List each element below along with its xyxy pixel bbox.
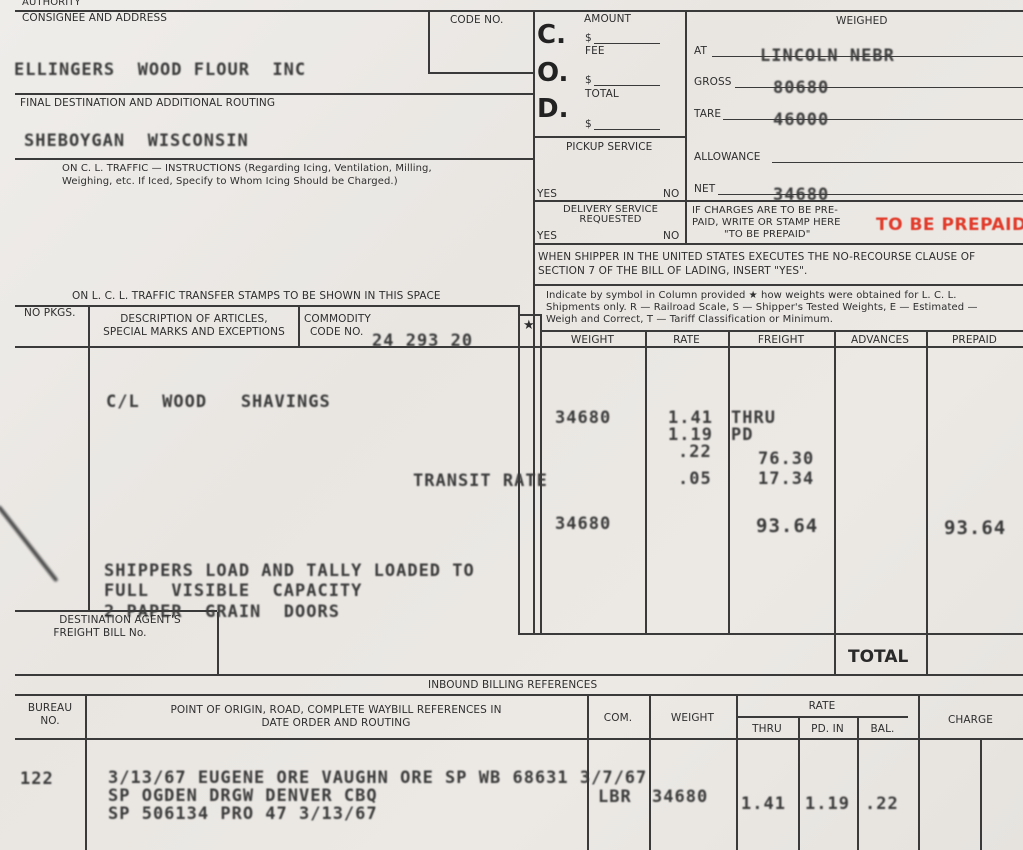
bureau-value: 122 xyxy=(20,770,54,789)
com-header: COM. xyxy=(587,712,649,724)
divider xyxy=(15,694,1023,696)
gross-value: 80680 xyxy=(773,79,829,98)
divider xyxy=(15,305,518,307)
cl-instructions-line2: Weighing, etc. If Iced, Specify to Whom … xyxy=(62,176,398,188)
prepaid-instruction-2: PAID, WRITE OR STAMP HERE xyxy=(692,217,841,229)
rate-balance-value: .22 xyxy=(678,443,712,462)
allowance-label: ALLOWANCE xyxy=(694,151,760,163)
divider xyxy=(857,716,859,850)
rate-header: RATE xyxy=(645,334,728,346)
note-line-1: SHIPPERS LOAD AND TALLY LOADED TO xyxy=(104,562,475,581)
commodity-header-2: CODE NO. xyxy=(310,326,364,338)
consignee-value: ELLINGERS WOOD FLOUR INC xyxy=(14,61,306,80)
origin-line-3: SP 506134 PRO 47 3/13/67 xyxy=(108,805,378,824)
cl-instructions-line1: ON C. L. TRAFFIC — INSTRUCTIONS (Regardi… xyxy=(62,163,432,175)
weight-value-inbound: 34680 xyxy=(652,788,708,807)
freight-value-1: 76.30 xyxy=(758,450,814,469)
net-label: NET xyxy=(694,183,715,195)
bal-header: BAL. xyxy=(857,723,908,735)
prepaid-instruction-1: IF CHARGES ARE TO BE PRE- xyxy=(692,205,838,217)
divider xyxy=(518,314,540,316)
gross-label: GROSS xyxy=(694,76,732,88)
weight-header-inbound: WEIGHT xyxy=(649,712,736,724)
weights-note-line2: Shipments only. R — Railroad Scale, S — … xyxy=(546,302,978,314)
prepaid-header: PREPAID xyxy=(926,334,1023,346)
cod-letter-o: O. xyxy=(537,58,568,88)
no-pkgs-header: NO PKGS. xyxy=(24,307,76,319)
code-no-label: CODE NO. xyxy=(450,14,504,26)
divider xyxy=(728,330,730,633)
cod-amount-field[interactable] xyxy=(594,33,660,44)
destination-agent-label-1: DESTINATION AGENT'S xyxy=(30,614,210,626)
divider xyxy=(736,694,738,850)
freight-bill-document: AUTHORITY CONSIGNEE AND ADDRESS CODE NO.… xyxy=(0,0,1023,850)
weighed-title: WEIGHED xyxy=(836,15,888,27)
origin-header-1: POINT OF ORIGIN, ROAD, COMPLETE WAYBILL … xyxy=(85,704,587,716)
thru-header: THRU xyxy=(736,723,798,735)
net-field[interactable] xyxy=(718,182,1023,195)
consignee-label: CONSIGNEE AND ADDRESS xyxy=(22,12,167,24)
delivery-no-option[interactable]: NO xyxy=(663,230,679,242)
weighed-at-label: AT xyxy=(694,45,707,57)
description-value: C/L WOOD SHAVINGS xyxy=(106,393,331,412)
freight-value-2: 17.34 xyxy=(758,470,814,489)
tare-value: 46000 xyxy=(773,111,829,130)
note-line-2: FULL VISIBLE CAPACITY xyxy=(104,582,362,601)
cod-amount-dollar: $ xyxy=(585,32,592,44)
weights-note-line1: Indicate by symbol in Column provided ★ … xyxy=(546,290,957,302)
thru-value: 1.41 xyxy=(741,795,786,814)
divider xyxy=(533,284,1023,286)
net-value: 34680 xyxy=(773,186,829,205)
weighed-at-value: LINCOLN NEBR xyxy=(760,47,895,66)
divider xyxy=(15,738,1023,740)
com-value: LBR xyxy=(598,788,632,807)
pd-in-value: 1.19 xyxy=(805,795,850,814)
inbound-billing-title: INBOUND BILLING REFERENCES xyxy=(428,679,597,691)
cod-fee-field[interactable] xyxy=(594,75,660,86)
cod-fee-label: FEE xyxy=(585,45,605,57)
authority-label: AUTHORITY xyxy=(22,0,81,9)
bureau-header-1: BUREAU xyxy=(15,702,85,714)
cod-fee-dollar: $ xyxy=(585,74,592,86)
delivery-requested-label: REQUESTED xyxy=(553,214,668,226)
pencil-mark xyxy=(0,505,58,582)
prepaid-value: 93.64 xyxy=(944,519,1006,538)
rate-transit-value: .05 xyxy=(678,470,712,489)
rate-header-inbound: RATE xyxy=(736,700,908,712)
divider xyxy=(15,93,535,95)
charge-header: CHARGE xyxy=(918,714,1023,726)
divider xyxy=(645,330,647,633)
description-header-1: DESCRIPTION OF ARTICLES, xyxy=(90,313,298,325)
pickup-no-option[interactable]: NO xyxy=(663,188,679,200)
divider xyxy=(540,330,1023,332)
cod-amount-label: AMOUNT xyxy=(584,13,631,25)
divider xyxy=(518,305,520,633)
divider xyxy=(736,716,908,718)
commodity-code-value: 24 293 20 xyxy=(372,332,473,351)
rate-pd-note: PD xyxy=(731,426,753,445)
description-header-2: SPECIAL MARKS AND EXCEPTIONS xyxy=(90,326,298,338)
weight-header: WEIGHT xyxy=(540,334,645,346)
cod-letter-d: D. xyxy=(537,94,568,124)
divider xyxy=(926,330,928,676)
advances-header: ADVANCES xyxy=(834,334,926,346)
cod-total-dollar: $ xyxy=(585,118,592,130)
tare-field[interactable] xyxy=(723,107,1023,120)
final-destination-value: SHEBOYGAN WISCONSIN xyxy=(24,132,249,151)
weight-value-1: 34680 xyxy=(555,409,611,428)
divider xyxy=(428,72,533,74)
weight-value-2: 34680 xyxy=(555,515,611,534)
divider xyxy=(798,716,800,850)
divider xyxy=(428,10,430,73)
divider xyxy=(518,633,1023,635)
pd-in-header: PD. IN xyxy=(798,723,857,735)
transit-rate-label: TRANSIT RATE xyxy=(413,472,548,491)
divider xyxy=(15,674,1023,676)
origin-header-2: DATE ORDER AND ROUTING xyxy=(85,717,587,729)
cod-total-label: TOTAL xyxy=(585,88,619,100)
allowance-field[interactable] xyxy=(772,150,1023,163)
divider xyxy=(533,136,685,138)
divider xyxy=(88,305,90,610)
lcl-transfer-label: ON L. C. L. TRAFFIC TRANSFER STAMPS TO B… xyxy=(72,290,441,302)
prepaid-instruction-3: "TO BE PREPAID" xyxy=(724,229,810,241)
divider xyxy=(834,330,836,676)
pickup-service-label: PICKUP SERVICE xyxy=(566,141,652,153)
divider xyxy=(980,740,982,850)
no-recourse-line2: SECTION 7 OF THE BILL OF LADING, INSERT … xyxy=(538,265,807,277)
bureau-header-2: NO. xyxy=(15,715,85,727)
total-label: TOTAL xyxy=(848,647,908,667)
delivery-yes-option[interactable]: YES xyxy=(537,230,557,242)
bal-value: .22 xyxy=(865,795,899,814)
star-icon: ★ xyxy=(523,320,535,332)
divider xyxy=(15,158,535,160)
no-recourse-line1: WHEN SHIPPER IN THE UNITED STATES EXECUT… xyxy=(538,251,975,263)
commodity-header-1: COMMODITY xyxy=(304,313,371,325)
tare-label: TARE xyxy=(694,108,721,120)
to-be-prepaid-stamp: TO BE PREPAID xyxy=(876,215,1023,235)
weights-note-line3: Weigh and Correct, T — Tariff Classifica… xyxy=(546,314,833,326)
final-destination-label: FINAL DESTINATION AND ADDITIONAL ROUTING xyxy=(20,97,275,109)
freight-total-value: 93.64 xyxy=(756,517,818,536)
freight-header: FREIGHT xyxy=(728,334,834,346)
divider xyxy=(685,10,687,244)
cod-total-field[interactable] xyxy=(594,119,660,130)
pickup-yes-option[interactable]: YES xyxy=(537,188,557,200)
destination-agent-label-2: FREIGHT BILL No. xyxy=(30,627,170,639)
divider xyxy=(533,243,1023,245)
cod-letter-c: C. xyxy=(537,20,566,50)
divider xyxy=(298,305,300,346)
